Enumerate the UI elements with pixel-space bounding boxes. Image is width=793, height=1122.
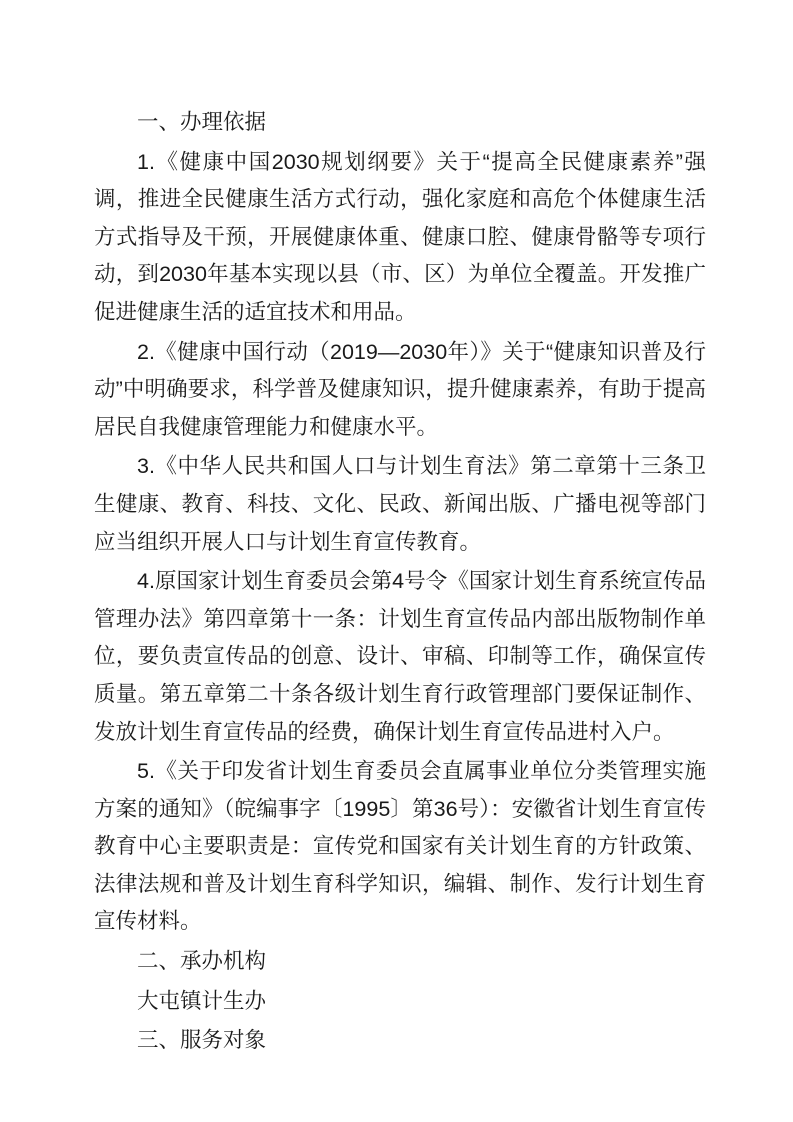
section-heading-service-targets: 三、服务对象 <box>94 1022 706 1060</box>
document-page: 一、办理依据 1.《健康中国2030规划纲要》关于“提高全民健康素养”强调，推进… <box>0 0 793 1122</box>
section-heading-agency: 二、承办机构 <box>94 943 706 981</box>
paragraph-basis-item-2: 2.《健康中国行动（2019—2030年）》关于“健康知识普及行动”中明确要求，… <box>94 334 706 447</box>
paragraph-basis-item-4: 4.原国家计划生育委员会第4号令《国家计划生育系统宣传品管理办法》第四章第十一条… <box>94 563 706 751</box>
document-body: 一、办理依据 1.《健康中国2030规划纲要》关于“提高全民健康素养”强调，推进… <box>94 104 706 1062</box>
paragraph-agency-name: 大屯镇计生办 <box>94 983 706 1021</box>
paragraph-basis-item-1: 1.《健康中国2030规划纲要》关于“提高全民健康素养”强调，推进全民健康生活方… <box>94 144 706 332</box>
paragraph-basis-item-5: 5.《关于印发省计划生育委员会直属事业单位分类管理实施方案的通知》（皖编事字〔1… <box>94 753 706 941</box>
paragraph-basis-item-3: 3.《中华人民共和国人口与计划生育法》第二章第十三条卫生健康、教育、科技、文化、… <box>94 448 706 561</box>
section-heading-basis: 一、办理依据 <box>94 104 706 142</box>
